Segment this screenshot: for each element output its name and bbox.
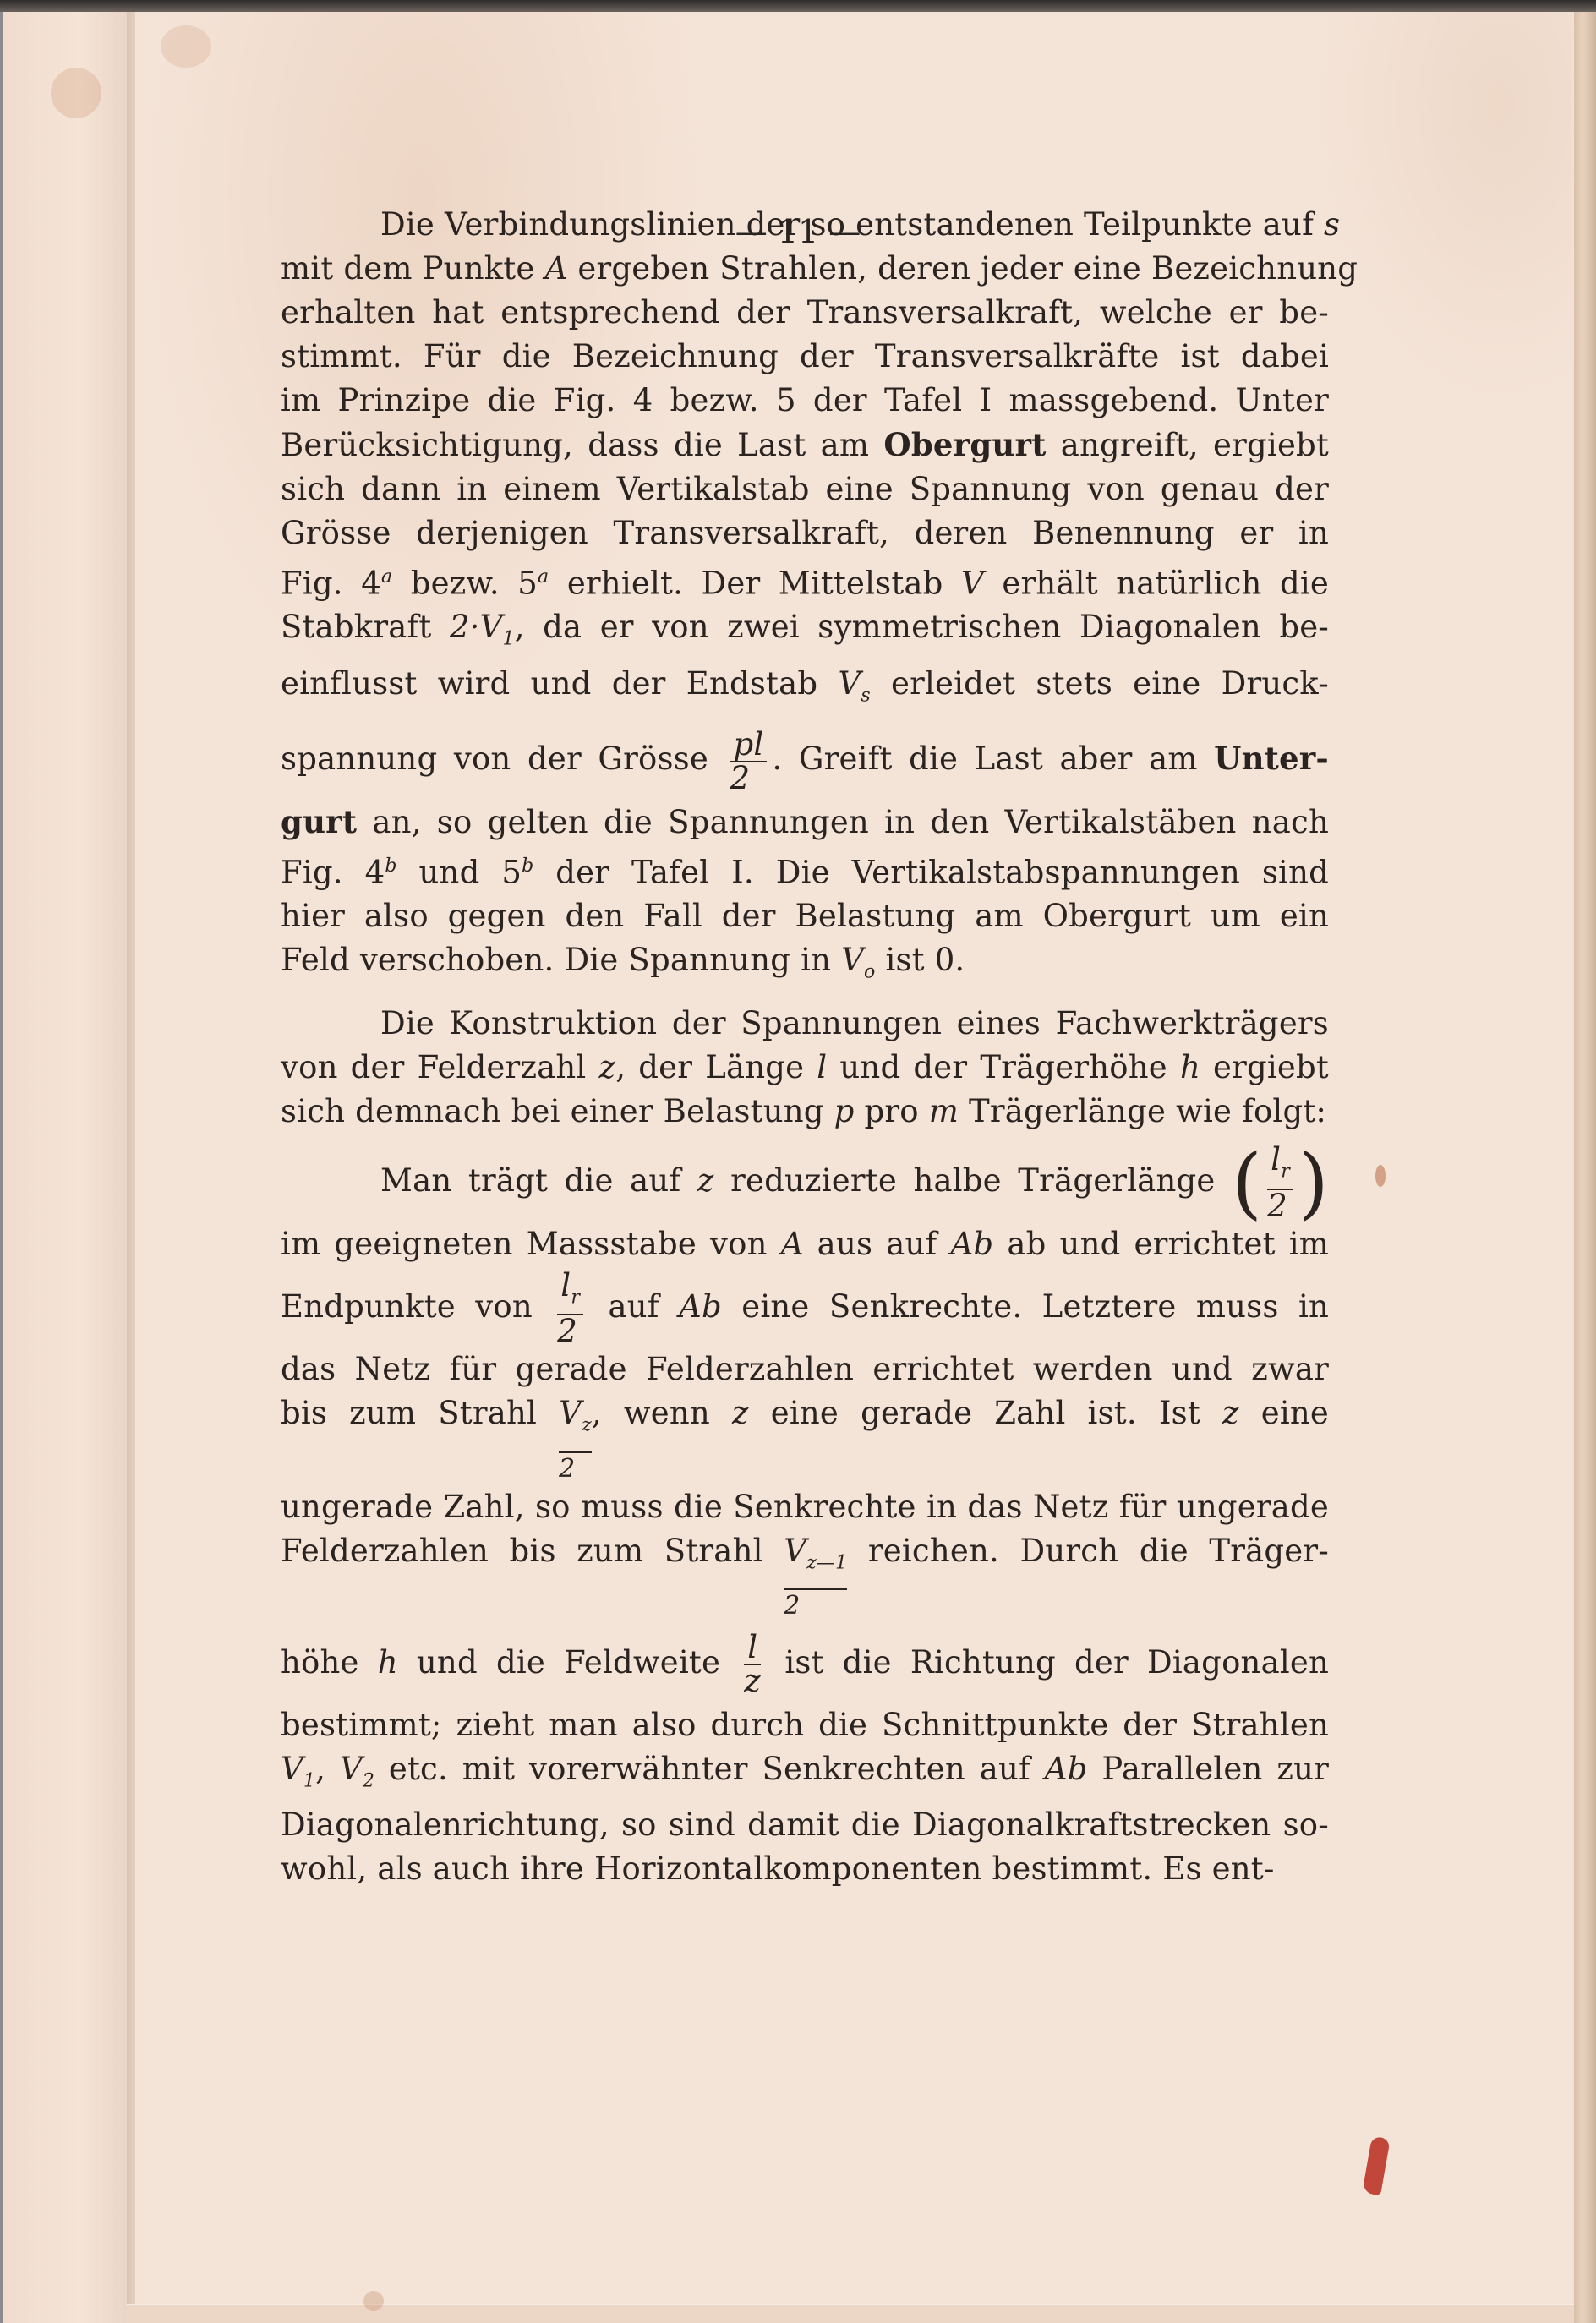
text-run: sich dann in einem Vertikalstab eine Spa…	[281, 471, 1329, 507]
text-run: und der Trägerhöhe	[827, 1049, 1180, 1085]
body-text: Die Verbindungslinien der so entstandene…	[281, 203, 1329, 1898]
text-line: das Netz für gerade Felderzahlen erricht…	[281, 1347, 1329, 1391]
text-run: o	[864, 962, 875, 983]
text-run: angreift, ergiebt	[1047, 427, 1329, 463]
text-run: wohl, als auch ihre Horizontalkomponente…	[281, 1850, 1275, 1887]
text-run: von der Felderzahl	[281, 1049, 599, 1085]
text-line: Man trägt die auf z reduzierte halbe Trä…	[281, 1140, 1329, 1222]
text-run: im Prinzipe die Fig. 4 bezw. 5 der Tafel…	[281, 382, 1329, 418]
text-run: eine gerade Zahl ist. Ist	[749, 1395, 1222, 1431]
text-run: Trägerlänge wie folgt:	[959, 1093, 1326, 1129]
fraction: (lr2)	[1232, 1162, 1329, 1199]
text-run: eine	[1239, 1395, 1329, 1431]
paragraph: Man trägt die auf z reduzierte halbe Trä…	[281, 1140, 1329, 1892]
previous-leaf-stub	[3, 7, 130, 2323]
text-run: h	[1180, 1049, 1200, 1085]
text-run: s	[1324, 206, 1340, 243]
paragraph: Die Konstruktion der Spannungen eines Fa…	[281, 1002, 1329, 1134]
text-run: bezw. 5	[392, 565, 538, 601]
text-run: Berücksichtigung, dass die Last am	[281, 427, 883, 463]
text-run: ist 0.	[875, 942, 965, 978]
text-run: V	[961, 565, 984, 601]
text-run: erhält natürlich die	[984, 565, 1329, 601]
text-run: Felderzahlen bis zum Strahl	[281, 1533, 784, 1569]
text-run: Ab	[679, 1288, 722, 1325]
text-run: erhielt. Der Mittelstab	[549, 565, 961, 601]
text-line: sich dann in einem Vertikalstab eine Spa…	[281, 467, 1329, 511]
text-run: . Greift die Last aber am	[772, 741, 1214, 777]
text-line: Endpunkte von lr2 auf Ab eine Senkrechte…	[281, 1266, 1329, 1348]
page-right-edge	[1574, 12, 1596, 2323]
text-run: auf	[588, 1288, 679, 1325]
text-run: reduzierte halbe Trägerlänge	[714, 1162, 1232, 1199]
text-run: höhe	[281, 1644, 378, 1681]
text-run: ergiebt	[1200, 1049, 1329, 1085]
text-run: gurt	[281, 803, 357, 840]
text-line: bis zum Strahl Vz2, wenn z eine gerade Z…	[281, 1391, 1329, 1484]
text-run: z	[1222, 1395, 1239, 1431]
text-run: z	[697, 1162, 714, 1199]
text-run: einflusst wird und der Endstab	[281, 665, 838, 702]
text-line: Stabkraft 2·V1, da er von zwei symmetris…	[281, 605, 1329, 661]
text-run: an, so gelten die Spannungen in den Vert…	[357, 804, 1329, 840]
text-line: V1, V2 etc. mit vorerwähnter Senkrechten…	[281, 1747, 1329, 1803]
text-run: a	[538, 566, 549, 588]
text-line: Diagonalenrichtung, so sind damit die Di…	[281, 1803, 1329, 1847]
text-run: Fig. 4	[281, 854, 385, 890]
text-run: ,	[315, 1751, 340, 1787]
text-run: l	[817, 1049, 827, 1085]
margin-stain	[1375, 1165, 1386, 1187]
text-run: h	[378, 1644, 398, 1681]
text-line: im geeigneten Massstabe von A aus auf Ab…	[281, 1222, 1329, 1266]
text-line: bestimmt; zieht man also durch die Schni…	[281, 1703, 1329, 1747]
fraction: pl2	[724, 741, 772, 777]
text-run: V	[340, 1751, 363, 1787]
text-run: stimmt. Für die Bezeichnung der Transver…	[281, 338, 1329, 374]
text-run: das Netz für gerade Felderzahlen erricht…	[281, 1351, 1329, 1387]
scan-top-strip	[0, 0, 1596, 12]
text-run: m	[929, 1093, 959, 1129]
text-run: Feld verschoben. Die Spannung in	[281, 942, 841, 978]
text-line: erhalten hat entsprechend der Transversa…	[281, 291, 1329, 335]
text-run: Die Konstruktion der Spannungen eines Fa…	[380, 1005, 1329, 1041]
text-run: Ab	[1045, 1751, 1088, 1787]
text-run: spannung von der Grösse	[281, 741, 724, 777]
foxing-stain	[161, 25, 211, 68]
text-line: Feld verschoben. Die Spannung in Vo ist …	[281, 938, 1329, 994]
text-run: reichen. Durch die Träger-	[847, 1533, 1329, 1569]
paragraph-gap	[281, 1134, 1329, 1140]
text-run: ist die Richtung der Diagonalen	[766, 1644, 1329, 1681]
text-line: Grösse derjenigen Transversalkraft, dere…	[281, 511, 1329, 555]
text-run: Unter-	[1214, 740, 1329, 777]
text-run: bis zum Strahl	[281, 1395, 559, 1431]
text-run: ungerade Zahl, so muss die Senkrechte in…	[281, 1489, 1329, 1525]
paragraph-gap	[281, 995, 1329, 1002]
text-run: sich demnach bei einer Belastung	[281, 1093, 834, 1129]
text-run: b	[385, 855, 396, 877]
foxing-stain	[363, 2291, 384, 2311]
text-run: 2·V	[450, 609, 503, 645]
text-run: Die Verbindungslinien der so entstandene…	[380, 206, 1324, 243]
text-line: von der Felderzahl z, der Länge l und de…	[281, 1046, 1329, 1090]
text-run: , wenn	[592, 1395, 732, 1431]
text-run: Ab	[950, 1226, 993, 1262]
paragraph: Die Verbindungslinien der so entstandene…	[281, 203, 1329, 995]
text-line: Berücksichtigung, dass die Last am Oberg…	[281, 423, 1329, 467]
text-line: höhe h und die Feldweite lz ist die Rich…	[281, 1622, 1329, 1703]
subscript-fraction: Vz2	[559, 1391, 592, 1484]
paragraph-gap	[281, 1891, 1329, 1898]
text-line: Felderzahlen bis zum Strahl Vz—12 reiche…	[281, 1529, 1329, 1622]
text-line: Die Konstruktion der Spannungen eines Fa…	[281, 1002, 1329, 1046]
text-run: erhalten hat entsprechend der Transversa…	[281, 294, 1329, 331]
text-run: V	[838, 665, 861, 702]
text-run: aus auf	[804, 1226, 951, 1262]
text-run: Obergurt	[883, 426, 1046, 463]
text-line: stimmt. Für die Bezeichnung der Transver…	[281, 335, 1329, 379]
text-run: im geeigneten Massstabe von	[281, 1226, 781, 1262]
text-run: Diagonalenrichtung, so sind damit die Di…	[281, 1806, 1329, 1843]
text-run: ab und errichtet im	[993, 1226, 1329, 1262]
text-run: mit dem Punkte	[281, 250, 544, 287]
text-run: pro	[855, 1093, 929, 1129]
text-run: 2	[363, 1770, 374, 1791]
text-line: mit dem Punkte A ergeben Strahlen, deren…	[281, 247, 1329, 291]
page-bottom-fold	[127, 2304, 1574, 2323]
text-run: , der Länge	[615, 1049, 817, 1085]
text-run: und 5	[397, 854, 522, 890]
text-run: 1	[503, 629, 515, 650]
text-run: Endpunkte von	[281, 1288, 552, 1325]
text-run: A	[781, 1226, 804, 1262]
text-run: a	[381, 566, 392, 588]
text-line: hier also gegen den Fall der Belastung a…	[281, 894, 1329, 938]
text-run: der Tafel I. Die Vertikalstabspannungen …	[533, 854, 1329, 890]
text-run: V	[841, 942, 864, 978]
text-line: spannung von der Grösse pl2. Greift die …	[281, 718, 1329, 800]
text-line: sich demnach bei einer Belastung p pro m…	[281, 1090, 1329, 1134]
text-run: b	[522, 855, 533, 877]
scanned-page: — 11 — Die Verbindungslinien der so ents…	[0, 0, 1596, 2323]
text-run: s	[861, 685, 871, 706]
text-line: Fig. 4b und 5b der Tafel I. Die Vertikal…	[281, 844, 1329, 894]
text-run: Fig. 4	[281, 565, 381, 601]
text-run: 1	[303, 1770, 315, 1791]
fraction: lr2	[552, 1288, 588, 1325]
text-run: z	[599, 1049, 616, 1085]
text-run: erleidet stets eine Druck-	[871, 665, 1329, 702]
text-line: wohl, als auch ihre Horizontalkomponente…	[281, 1847, 1329, 1891]
fraction: lz	[739, 1644, 766, 1681]
text-line: Fig. 4a bezw. 5a erhielt. Der Mittelstab…	[281, 555, 1329, 605]
text-run: Man trägt die auf	[380, 1162, 697, 1199]
text-run: Parallelen zur	[1088, 1751, 1329, 1787]
text-run: hier also gegen den Fall der Belastung a…	[281, 898, 1329, 934]
text-line: einflusst wird und der Endstab Vs erleid…	[281, 662, 1329, 718]
text-run: bestimmt; zieht man also durch die Schni…	[281, 1707, 1329, 1743]
text-run: eine Senkrechte. Letztere muss in	[722, 1288, 1329, 1325]
text-run: V	[281, 1751, 303, 1787]
text-run: p	[834, 1093, 855, 1129]
text-run: ergeben Strahlen, deren jeder eine Bezei…	[567, 250, 1358, 287]
text-line: gurt an, so gelten die Spannungen in den…	[281, 800, 1329, 844]
text-run: etc. mit vorerwähnter Senkrechten auf	[374, 1751, 1045, 1787]
text-run: Stabkraft	[281, 609, 450, 645]
foxing-stain	[51, 68, 101, 118]
text-run: z	[732, 1395, 749, 1431]
text-run: und die Feldweite	[398, 1644, 739, 1681]
text-line: ungerade Zahl, so muss die Senkrechte in…	[281, 1485, 1329, 1529]
text-run: , da er von zwei symmetrischen Diagonale…	[515, 609, 1329, 645]
text-run: A	[544, 250, 567, 287]
text-line: im Prinzipe die Fig. 4 bezw. 5 der Tafel…	[281, 379, 1329, 423]
text-run: Grösse derjenigen Transversalkraft, dere…	[281, 515, 1329, 551]
subscript-fraction: Vz—12	[784, 1529, 847, 1622]
text-line: Die Verbindungslinien der so entstandene…	[281, 203, 1329, 247]
